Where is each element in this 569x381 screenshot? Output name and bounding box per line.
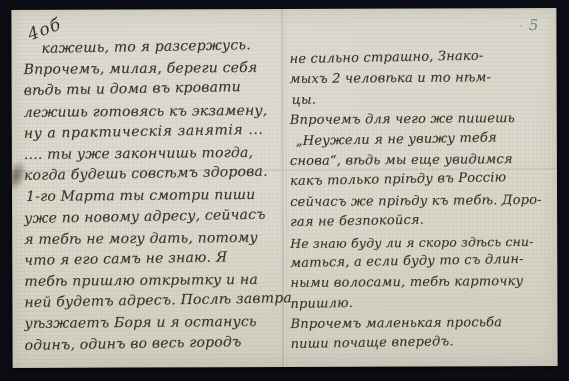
handwritten-line: ну а практическія занятія ...	[24, 121, 280, 147]
handwritten-line: когда будешь совсѣмъ здорова.	[24, 164, 280, 190]
handwritten-line: гая не безпокойся.	[290, 210, 554, 235]
letter-sheet: 4об 5 кажешь, то я разсержусь.Впрочемъ, …	[11, 8, 557, 368]
center-fold	[280, 9, 287, 367]
handwritten-line: не сильно страшно, Знако-	[289, 47, 553, 72]
handwritten-line: одинъ, одинъ во весь городъ	[24, 333, 280, 359]
right-page: не сильно страшно, Знако-мыхъ 2 человѣка…	[289, 8, 554, 367]
handwritten-line: уже по новому адресу, сейчасъ	[24, 206, 280, 232]
scan-background: 4об 5 кажешь, то я разсержусь.Впрочемъ, …	[0, 0, 569, 381]
handwritten-line: ней будетъ адресъ. Послѣ завтра	[24, 291, 280, 317]
handwritten-line: кажешь, то я разсержусь.	[41, 37, 279, 62]
handwritten-line: маться, а если буду то съ длин-	[290, 251, 554, 276]
handwritten-line: цы.	[292, 88, 554, 113]
left-page: кажешь, то я разсержусь.Впрочемъ, милая,…	[23, 9, 280, 368]
handwritten-line: какъ только пріѣду въ Россію	[290, 170, 554, 195]
handwritten-line: „Неужели я не увижу тебя	[296, 129, 554, 154]
handwritten-line: пришлю.	[290, 292, 554, 317]
handwritten-line: что я его самъ не знаю. Я	[24, 248, 280, 274]
handwritten-line: пиши почаще впередъ.	[290, 333, 554, 358]
handwritten-line: вѣдь ты и дома въ кровати	[23, 79, 279, 105]
